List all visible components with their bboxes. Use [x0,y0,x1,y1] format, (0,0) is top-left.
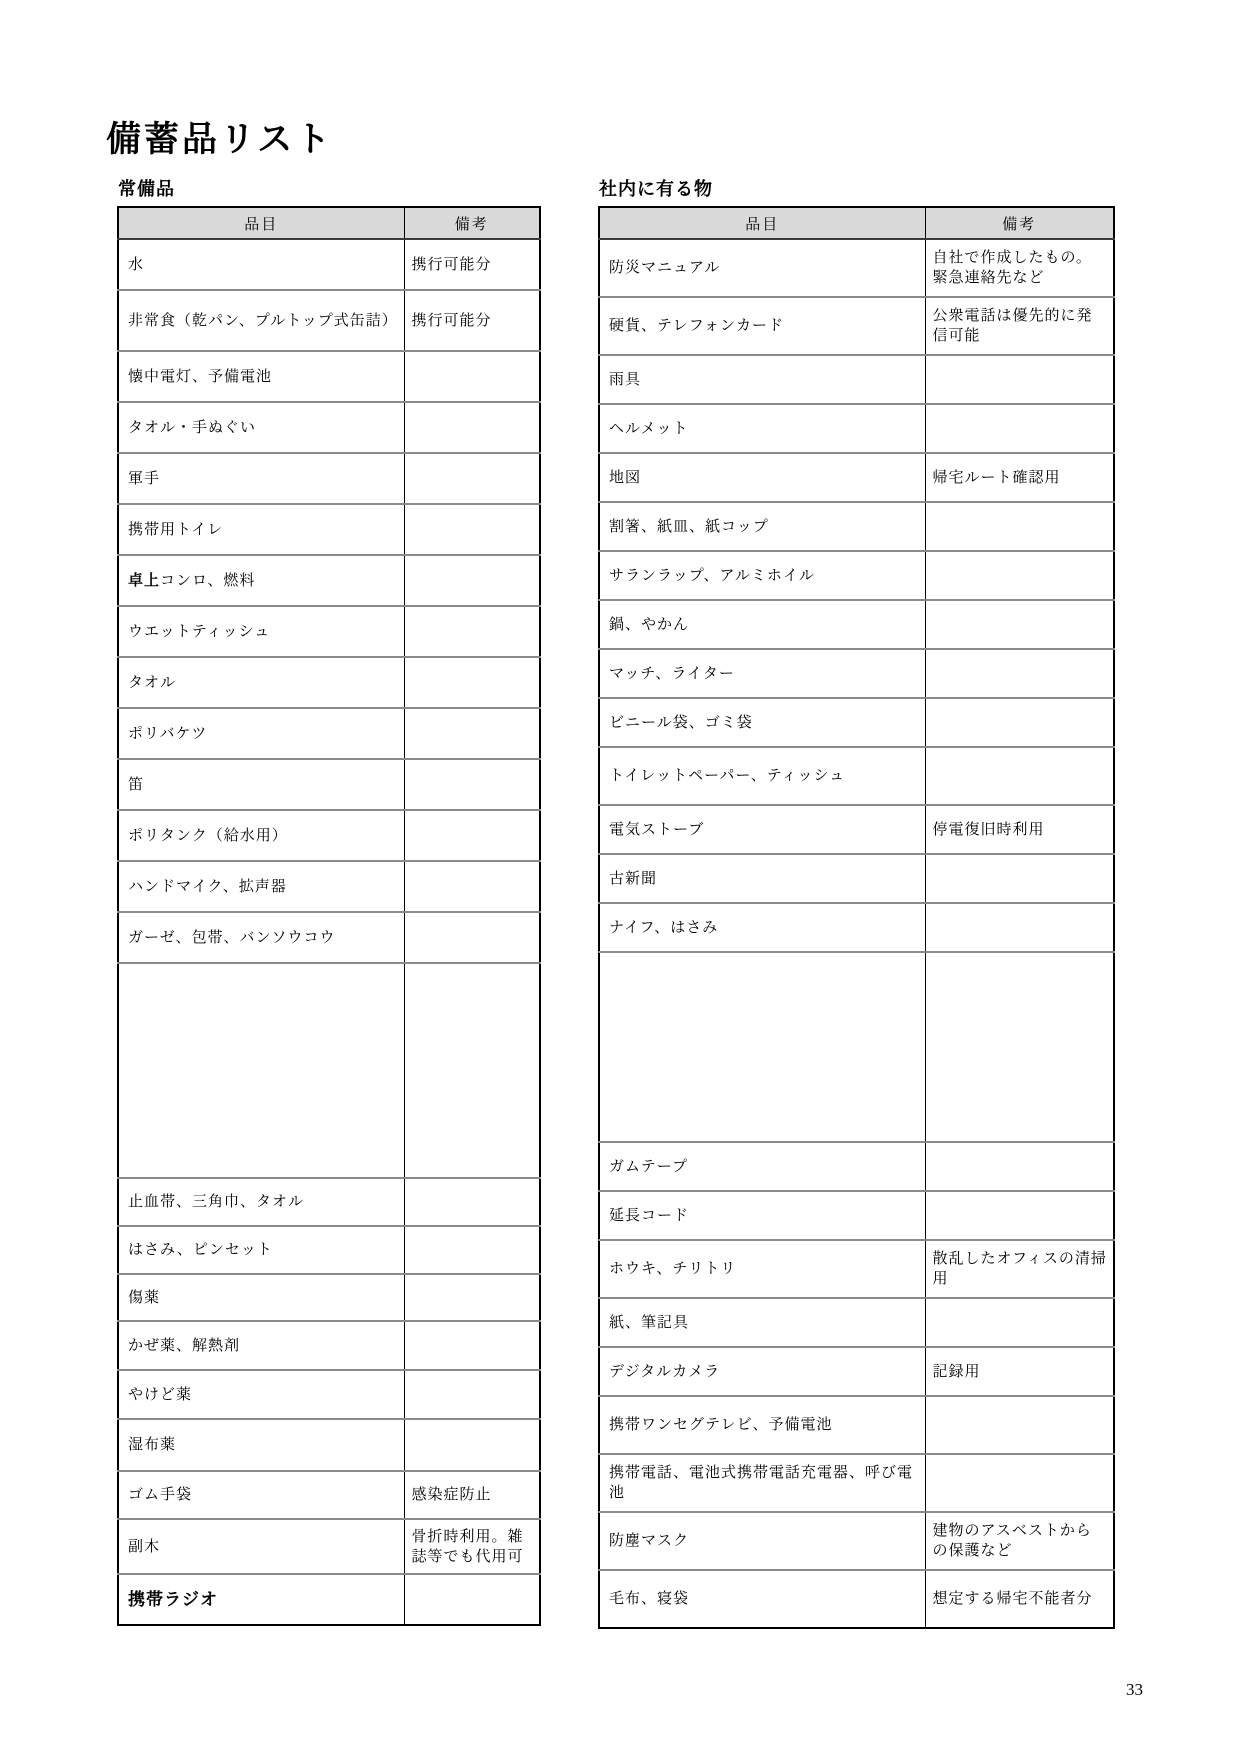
item-cell: ガーゼ、包帯、バンソウコウ [118,912,404,963]
page-number: 33 [1126,1680,1143,1700]
item-cell [118,963,404,1178]
item-cell: 防災マニュアル [599,239,925,297]
item-cell: 毛布、寝袋 [599,1570,925,1628]
item-cell: 水 [118,239,404,290]
item-cell: 携帯用トイレ [118,504,404,555]
item-cell: サランラップ、アルミホイル [599,551,925,600]
note-cell: 骨折時利用。雑誌等でも代用可 [404,1519,540,1574]
table-row: ガムテープ [599,1142,1114,1191]
note-cell [404,606,540,657]
item-label: コンロ、燃料 [160,573,255,589]
note-cell [404,1574,540,1625]
item-cell: タオル [118,657,404,708]
item-cell: 携帯ワンセグテレビ、予備電池 [599,1396,925,1454]
item-cell: ナイフ、はさみ [599,903,925,952]
table-row: マッチ、ライター [599,649,1114,698]
item-cell: 割箸、紙皿、紙コップ [599,502,925,551]
note-cell: 感染症防止 [404,1471,540,1519]
note-cell: 想定する帰宅不能者分 [925,1570,1114,1628]
note-cell: 散乱したオフィスの清掃用 [925,1240,1114,1298]
regular-supplies-section: 常備品 品目 備考 水携行可能分非常食（乾パン、プルトップ式缶詰）携行可能分懐中… [117,175,539,1626]
note-cell [925,1454,1114,1512]
item-cell: タオル・手ぬぐい [118,402,404,453]
note-cell [404,912,540,963]
table-row: 地図帰宅ルート確認用 [599,453,1114,502]
page-title: 備蓄品リスト [106,112,333,162]
table-row: 延長コード [599,1191,1114,1240]
note-cell [925,747,1114,805]
item-cell: かぜ薬、解熱剤 [118,1321,404,1370]
note-cell: 建物のアスベストからの保護など [925,1512,1114,1570]
note-cell [404,1321,540,1370]
table-row: タオル [118,657,540,708]
item-cell: ハンドマイク、拡声器 [118,861,404,912]
table-row: ヘルメット [599,404,1114,453]
section-label: 社内に有る物 [599,175,1113,201]
table-row: 防塵マスク建物のアスベストからの保護など [599,1512,1114,1570]
item-cell: 地図 [599,453,925,502]
note-cell [925,1298,1114,1347]
note-cell [404,402,540,453]
note-cell [404,351,540,402]
item-cell: 副木 [118,1519,404,1574]
table-row: ビニール袋、ゴミ袋 [599,698,1114,747]
item-cell: ヘルメット [599,404,925,453]
note-cell [925,698,1114,747]
item-cell: 湿布薬 [118,1419,404,1471]
table-row: はさみ、ピンセット [118,1226,540,1274]
note-cell: 自社で作成したもの。緊急連絡先など [925,239,1114,297]
table-row: 止血帯、三角巾、タオル [118,1178,540,1226]
table-row: ハンドマイク、拡声器 [118,861,540,912]
table-row: 紙、筆記具 [599,1298,1114,1347]
table-row: タオル・手ぬぐい [118,402,540,453]
note-cell [404,708,540,759]
note-cell [404,453,540,504]
item-cell: ホウキ、チリトリ [599,1240,925,1298]
note-cell: 停電復旧時利用 [925,805,1114,854]
note-cell [404,963,540,1178]
table-row: 湿布薬 [118,1419,540,1471]
table-row: 副木骨折時利用。雑誌等でも代用可 [118,1519,540,1574]
col-header-note: 備考 [404,207,540,239]
note-cell: 携行可能分 [404,290,540,351]
table-body: 水携行可能分非常食（乾パン、プルトップ式缶詰）携行可能分懐中電灯、予備電池タオル… [118,239,540,1625]
note-cell: 公衆電話は優先的に発信可能 [925,297,1114,355]
regular-supplies-table: 品目 備考 水携行可能分非常食（乾パン、プルトップ式缶詰）携行可能分懐中電灯、予… [117,206,541,1626]
table-row: 硬貨、テレフォンカード公衆電話は優先的に発信可能 [599,297,1114,355]
item-cell: 止血帯、三角巾、タオル [118,1178,404,1226]
table-row: 毛布、寝袋想定する帰宅不能者分 [599,1570,1114,1628]
item-cell: 雨具 [599,355,925,404]
table-row: 携帯電話、電池式携帯電話充電器、呼び電池 [599,1454,1114,1512]
item-cell: デジタルカメラ [599,1347,925,1396]
table-row: 携帯用トイレ [118,504,540,555]
note-cell [404,657,540,708]
item-cell [599,952,925,1142]
table-row: ゴム手袋感染症防止 [118,1471,540,1519]
note-cell [404,759,540,810]
table-row: トイレットペーパー、ティッシュ [599,747,1114,805]
note-cell [925,952,1114,1142]
item-cell: ウエットティッシュ [118,606,404,657]
table-row: 傷薬 [118,1274,540,1321]
table-row: 鍋、やかん [599,600,1114,649]
table-row: 携帯ラジオ [118,1574,540,1625]
item-cell: 傷薬 [118,1274,404,1321]
item-cell: ガムテープ [599,1142,925,1191]
table-row: 古新聞 [599,854,1114,903]
note-cell [925,903,1114,952]
note-cell [404,1370,540,1419]
table-row [599,952,1114,1142]
item-cell: ビニール袋、ゴミ袋 [599,698,925,747]
table-row: やけど薬 [118,1370,540,1419]
col-header-note: 備考 [925,207,1114,239]
table-row: デジタルカメラ記録用 [599,1347,1114,1396]
note-cell [925,551,1114,600]
note-cell [404,1226,540,1274]
table-row: 電気ストーブ停電復旧時利用 [599,805,1114,854]
item-cell: ゴム手袋 [118,1471,404,1519]
note-cell: 記録用 [925,1347,1114,1396]
document-page: 備蓄品リスト 常備品 品目 備考 水携行可能分非常食（乾パン、プルトップ式缶詰）… [0,0,1241,1755]
table-row: 非常食（乾パン、プルトップ式缶詰）携行可能分 [118,290,540,351]
header-row: 品目 備考 [599,207,1114,239]
item-bold-prefix: 卓上 [128,573,160,589]
table-row: かぜ薬、解熱剤 [118,1321,540,1370]
note-cell [925,404,1114,453]
table-row: 水携行可能分 [118,239,540,290]
note-cell [925,1191,1114,1240]
item-cell: 紙、筆記具 [599,1298,925,1347]
table-row: 割箸、紙皿、紙コップ [599,502,1114,551]
note-cell [925,502,1114,551]
table-row: ホウキ、チリトリ散乱したオフィスの清掃用 [599,1240,1114,1298]
table-row: 防災マニュアル自社で作成したもの。緊急連絡先など [599,239,1114,297]
item-cell: はさみ、ピンセット [118,1226,404,1274]
note-cell [925,355,1114,404]
item-cell: 古新聞 [599,854,925,903]
item-cell: ポリバケツ [118,708,404,759]
table-row [118,963,540,1178]
item-cell: トイレットペーパー、ティッシュ [599,747,925,805]
item-cell: やけど薬 [118,1370,404,1419]
table-row: ウエットティッシュ [118,606,540,657]
table-row: 笛 [118,759,540,810]
note-cell [925,649,1114,698]
item-cell: 卓上コンロ、燃料 [118,555,404,606]
item-cell: 笛 [118,759,404,810]
table-row: ポリタンク（給水用） [118,810,540,861]
table-body: 防災マニュアル自社で作成したもの。緊急連絡先など硬貨、テレフォンカード公衆電話は… [599,239,1114,1628]
note-cell [925,854,1114,903]
item-cell: 電気ストーブ [599,805,925,854]
table-row: 卓上コンロ、燃料 [118,555,540,606]
table-row: 雨具 [599,355,1114,404]
table-row: 懐中電灯、予備電池 [118,351,540,402]
office-items-section: 社内に有る物 品目 備考 防災マニュアル自社で作成したもの。緊急連絡先など硬貨、… [598,175,1113,1629]
table-row: ナイフ、はさみ [599,903,1114,952]
table-row: サランラップ、アルミホイル [599,551,1114,600]
note-cell [404,1274,540,1321]
note-cell [404,861,540,912]
item-cell: 軍手 [118,453,404,504]
note-cell [404,1178,540,1226]
note-cell [925,600,1114,649]
item-cell: ポリタンク（給水用） [118,810,404,861]
note-cell [404,1419,540,1471]
note-cell [925,1396,1114,1454]
note-cell [404,504,540,555]
note-cell [404,555,540,606]
item-cell: 延長コード [599,1191,925,1240]
header-row: 品目 備考 [118,207,540,239]
note-cell [925,1142,1114,1191]
col-header-item: 品目 [599,207,925,239]
item-cell: 鍋、やかん [599,600,925,649]
col-header-item: 品目 [118,207,404,239]
table-row: 携帯ワンセグテレビ、予備電池 [599,1396,1114,1454]
section-label: 常備品 [118,175,539,201]
office-items-table: 品目 備考 防災マニュアル自社で作成したもの。緊急連絡先など硬貨、テレフォンカー… [598,206,1115,1629]
item-cell: 防塵マスク [599,1512,925,1570]
note-cell [404,810,540,861]
table-row: 軍手 [118,453,540,504]
item-cell: マッチ、ライター [599,649,925,698]
note-cell: 帰宅ルート確認用 [925,453,1114,502]
item-cell: 非常食（乾パン、プルトップ式缶詰） [118,290,404,351]
item-cell: 懐中電灯、予備電池 [118,351,404,402]
table-row: ガーゼ、包帯、バンソウコウ [118,912,540,963]
item-cell: 硬貨、テレフォンカード [599,297,925,355]
item-cell: 携帯電話、電池式携帯電話充電器、呼び電池 [599,1454,925,1512]
table-row: ポリバケツ [118,708,540,759]
item-cell: 携帯ラジオ [118,1574,404,1625]
note-cell: 携行可能分 [404,239,540,290]
